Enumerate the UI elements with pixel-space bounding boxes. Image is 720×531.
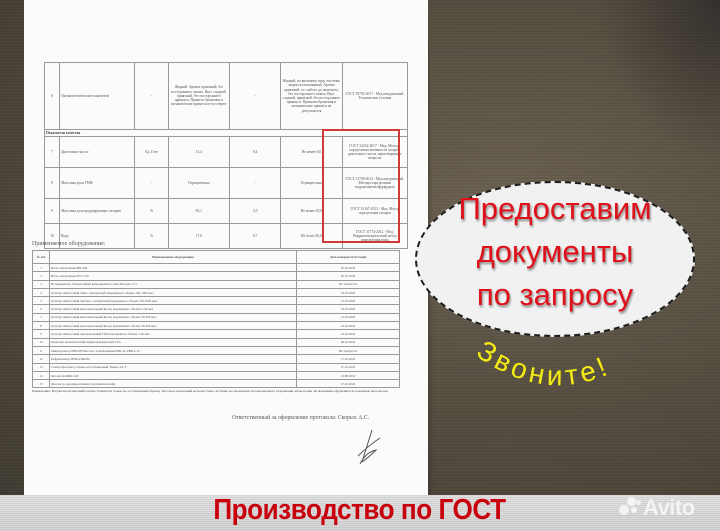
equipment-num: 3 bbox=[33, 280, 50, 288]
equipment-date: Не требуется bbox=[297, 280, 400, 288]
equipment-date: 05.10.2020 bbox=[297, 272, 400, 280]
result: 17,6 bbox=[168, 224, 229, 249]
unit: - bbox=[135, 63, 168, 130]
equipment-num: 8 bbox=[33, 322, 50, 330]
avito-logo-icon bbox=[619, 497, 641, 519]
promo-message: Предоставим документы по запросу bbox=[415, 187, 695, 316]
signature-icon bbox=[354, 428, 384, 466]
equipment-date: 22.10.2020 bbox=[297, 330, 400, 338]
equipment-num: 10 bbox=[33, 338, 50, 346]
table-row: 3Встряхиватель лабораторный вибрационног… bbox=[33, 280, 400, 288]
equipment-date: 06.10.2020 bbox=[297, 338, 400, 346]
unit: - bbox=[135, 168, 168, 199]
result: 83,1 bbox=[168, 199, 229, 224]
note-text: Примечание: Результаты испытаний распрос… bbox=[32, 388, 402, 394]
tolerance: - bbox=[229, 168, 280, 199]
equipment-name: Дозатор пипеточный многоканальный Колор … bbox=[50, 305, 297, 313]
equipment-name: Микродозатор ВВО-ВЗ Восток с платформами… bbox=[50, 346, 297, 354]
table-row: 14Фотометр КФК-3-М21.08.2019 bbox=[33, 371, 400, 379]
equipment-num: 1 bbox=[33, 264, 50, 272]
equipment-date: 17.10.2020 bbox=[297, 355, 400, 363]
equipment-num: 13 bbox=[33, 363, 50, 371]
equipment-num: 4 bbox=[33, 288, 50, 296]
promo-line: документы bbox=[415, 230, 695, 273]
equipment-name: Рефрактометр ИРФ-454Б2М bbox=[50, 355, 297, 363]
equipment-num: 11 bbox=[33, 346, 50, 354]
equipment-name: Фотометр для микропланшет (автоматически… bbox=[50, 380, 297, 388]
equipment-name: Дозатор пипеточный многоканальный Колор … bbox=[50, 313, 297, 321]
table-row: 11Микродозатор ВВО-ВЗ Восток с платформа… bbox=[33, 346, 400, 354]
result: 13,4 bbox=[168, 137, 229, 168]
call-to-action: Звоните! bbox=[470, 335, 680, 405]
table-row: 12Рефрактометр ИРФ-454Б2М17.10.2020 bbox=[33, 355, 400, 363]
unit: % bbox=[135, 199, 168, 224]
table-row: 8Дозатор пипеточный многоканальный Колор… bbox=[33, 322, 400, 330]
table-row: 10Комплекс аналитический иммуноферментны… bbox=[33, 338, 400, 346]
result: Жидкий, по внешнему виду частично закрис… bbox=[281, 63, 342, 130]
equipment-num: 5 bbox=[33, 297, 50, 305]
table-row: 9Дозатор пипеточный одноканальный Тайп п… bbox=[33, 330, 400, 338]
equipment-name: Дозатор пипеточный многоканальный Колор … bbox=[50, 322, 297, 330]
table-row: 2Весы электронные ЕW-150i05.10.2020 bbox=[33, 272, 400, 280]
table-row: 5Дозатор пипеточный Экохим с дискретный … bbox=[33, 297, 400, 305]
table-row: 6 Органолептические показатели - Жидкий.… bbox=[45, 63, 408, 130]
tolerance: 0,4 bbox=[229, 137, 280, 168]
equipment-date: 27.10.2020 bbox=[297, 363, 400, 371]
equipment-date: 22.10.2020 bbox=[297, 305, 400, 313]
responsible-line: Ответственный за оформление протокола: С… bbox=[232, 415, 369, 421]
promo-line: Предоставим bbox=[415, 187, 695, 230]
equipment-name: Весы электронные ВК-200 bbox=[50, 264, 297, 272]
unit: % bbox=[135, 224, 168, 249]
svg-text:Звоните!: Звоните! bbox=[472, 335, 615, 391]
indicator-name: Массовая доля редуцирующих сахаров bbox=[60, 199, 135, 224]
equipment-num: 14 bbox=[33, 371, 50, 379]
equipment-num: 2 bbox=[33, 272, 50, 280]
equipment-table: № п/п Наименование оборудования Дата пов… bbox=[32, 250, 400, 388]
table-row: 4Дозатор пипеточный Тайп с дискретный пе… bbox=[33, 288, 400, 296]
equipment-name: Дозатор пипеточный одноканальный Тайп пе… bbox=[50, 330, 297, 338]
equipment-num: 9 bbox=[33, 330, 50, 338]
equipment-name: Комплекс аналитический иммуноферментный … bbox=[50, 338, 297, 346]
equipment-name: Дозатор пипеточный Тайп с дискретный пер… bbox=[50, 288, 297, 296]
indicator-name: Органолептические показатели bbox=[60, 63, 135, 130]
background-shade bbox=[600, 0, 720, 160]
indicator-name: Массовая доля ГМФ bbox=[60, 168, 135, 199]
result: Отрицательно bbox=[168, 168, 229, 199]
table-row: 13Спектрофотометр атомно-абсорбционный "… bbox=[33, 363, 400, 371]
avito-wordmark: Avito bbox=[643, 495, 695, 521]
gost-highlight-box bbox=[322, 129, 400, 243]
equipment-num: 6 bbox=[33, 305, 50, 313]
table-row: 1Весы электронные ВК-20005.10.2020 bbox=[33, 264, 400, 272]
table-row: 6Дозатор пипеточный многоканальный Колор… bbox=[33, 305, 400, 313]
unit: Ед. Готе bbox=[135, 137, 168, 168]
equipment-date: 22.10.2020 bbox=[297, 288, 400, 296]
promo-line: по запросу bbox=[415, 273, 695, 316]
equipment-name: Весы электронные ЕW-150i bbox=[50, 272, 297, 280]
row-number: 7 bbox=[45, 137, 60, 168]
equipment-num: 7 bbox=[33, 313, 50, 321]
equipment-title: Применяемое оборудование: bbox=[32, 241, 106, 247]
tolerance: 0,7 bbox=[229, 224, 280, 249]
equipment-name: Дозатор пипеточный Экохим с дискретный п… bbox=[50, 297, 297, 305]
row-number: 6 bbox=[45, 63, 60, 130]
header-name: Наименование оборудования bbox=[50, 251, 297, 264]
equipment-name: Фотометр КФК-3-М bbox=[50, 371, 297, 379]
table-row: 7Дозатор пипеточный многоканальный Колор… bbox=[33, 313, 400, 321]
equipment-name: Встряхиватель лабораторный вибрационного… bbox=[50, 280, 297, 288]
equipment-date: 21.08.2019 bbox=[297, 371, 400, 379]
method: ГОСТ 19792-2017 - Мед натуральный. Техни… bbox=[342, 63, 407, 130]
header-date: Дата поверки/аттестации bbox=[297, 251, 400, 264]
table-header: № п/п Наименование оборудования Дата пов… bbox=[33, 251, 400, 264]
requirement: Жидкий. Аромат приятный, без постороннег… bbox=[168, 63, 229, 130]
equipment-name: Спектрофотометр атомно-абсорбционный "Кв… bbox=[50, 363, 297, 371]
table-row: 15Фотометр для микропланшет (автоматичес… bbox=[33, 380, 400, 388]
row-number: 8 bbox=[45, 168, 60, 199]
banner-title: Производство по ГОСТ bbox=[36, 494, 684, 527]
equipment-date: 21.10.2020 bbox=[297, 297, 400, 305]
test-report-document: 6 Органолептические показатели - Жидкий.… bbox=[24, 0, 428, 496]
equipment-num: 15 bbox=[33, 380, 50, 388]
avito-watermark: Avito bbox=[619, 496, 695, 520]
tolerance: 4,5 bbox=[229, 199, 280, 224]
equipment-date: 21.10.2020 bbox=[297, 313, 400, 321]
equipment-date: 05.10.2020 bbox=[297, 264, 400, 272]
equipment-date: Не требуется bbox=[297, 346, 400, 354]
indicator-name: Диастазное число bbox=[60, 137, 135, 168]
equipment-date: 22.10.2020 bbox=[297, 322, 400, 330]
row-number: 9 bbox=[45, 199, 60, 224]
tolerance: - bbox=[229, 63, 280, 130]
equipment-date: 27.10.2020 bbox=[297, 380, 400, 388]
equipment-num: 12 bbox=[33, 355, 50, 363]
header-num: № п/п bbox=[33, 251, 50, 264]
